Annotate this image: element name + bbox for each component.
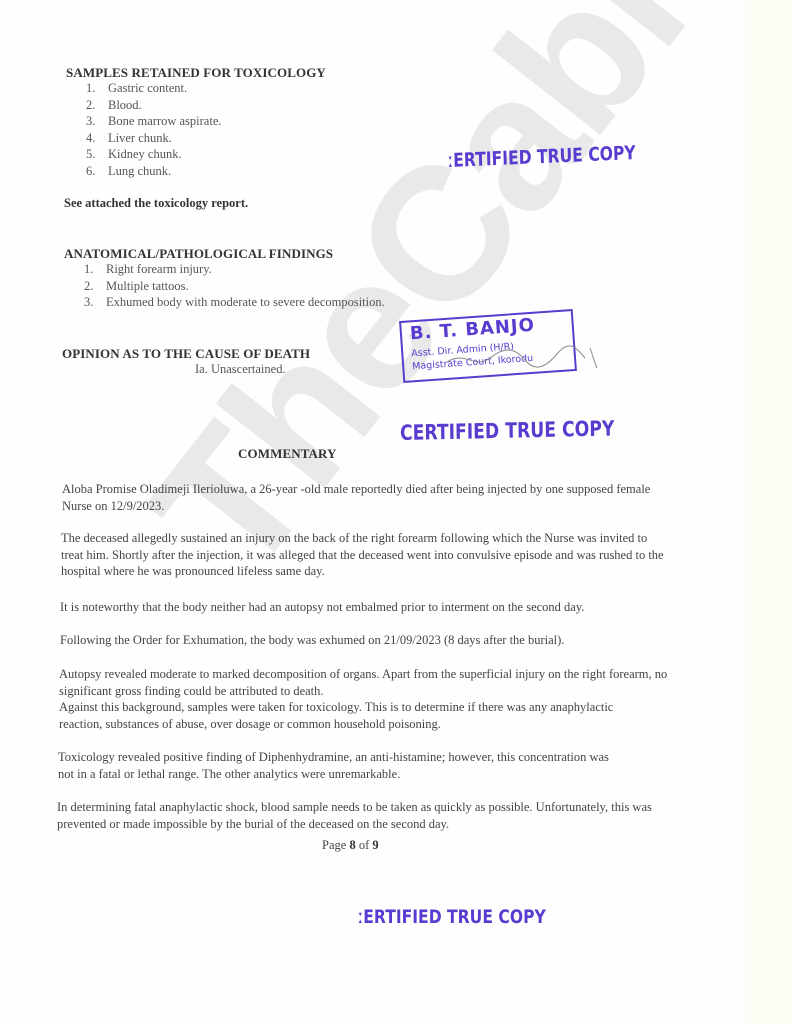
samples-heading: SAMPLES RETAINED FOR TOXICOLOGY — [66, 65, 326, 81]
commentary-paragraph: Against this background, samples were ta… — [59, 699, 649, 732]
scan-edge — [745, 0, 792, 1024]
signature — [445, 340, 605, 372]
toxicology-report-note: See attached the toxicology report. — [64, 196, 248, 211]
samples-list: 1.Gastric content. 2.Blood. 3.Bone marro… — [86, 80, 222, 179]
commentary-paragraph: The deceased allegedly sustained an inju… — [61, 530, 671, 580]
certified-true-copy-stamp: ːERTIFIED TRUE COPY — [358, 906, 546, 928]
list-item: 2.Multiple tattoos. — [84, 278, 385, 295]
commentary-paragraph: Autopsy revealed moderate to marked deco… — [59, 666, 669, 699]
list-item: 1.Right forearm injury. — [84, 261, 385, 278]
commentary-paragraph: Aloba Promise Oladimeji Ilerioluwa, a 26… — [62, 481, 672, 514]
list-item: 1.Gastric content. — [86, 80, 222, 97]
list-item: 4.Liver chunk. — [86, 130, 222, 147]
opinion-heading: OPINION AS TO THE CAUSE OF DEATH — [62, 346, 310, 362]
opinion-value: Ia. Unascertained. — [195, 362, 286, 377]
list-item: 3.Bone marrow aspirate. — [86, 113, 222, 130]
commentary-heading: COMMENTARY — [238, 446, 337, 462]
commentary-paragraph: It is noteworthy that the body neither h… — [60, 599, 650, 616]
list-item: 3.Exhumed body with moderate to severe d… — [84, 294, 385, 311]
findings-list: 1.Right forearm injury. 2.Multiple tatto… — [84, 261, 385, 311]
list-item: 6.Lung chunk. — [86, 163, 222, 180]
commentary-paragraph: In determining fatal anaphylactic shock,… — [57, 799, 672, 832]
page-number: Page 8 of 9 — [322, 838, 379, 853]
findings-heading: ANATOMICAL/PATHOLOGICAL FINDINGS — [64, 246, 333, 262]
list-item: 5.Kidney chunk. — [86, 146, 222, 163]
commentary-paragraph: Following the Order for Exhumation, the … — [60, 632, 670, 649]
certified-true-copy-stamp: CERTIFIED TRUE COPY — [400, 416, 615, 445]
document-page: TheCable SAMPLES RETAINED FOR TOXICOLOGY… — [0, 0, 792, 1024]
list-item: 2.Blood. — [86, 97, 222, 114]
commentary-paragraph: Toxicology revealed positive finding of … — [58, 749, 618, 782]
